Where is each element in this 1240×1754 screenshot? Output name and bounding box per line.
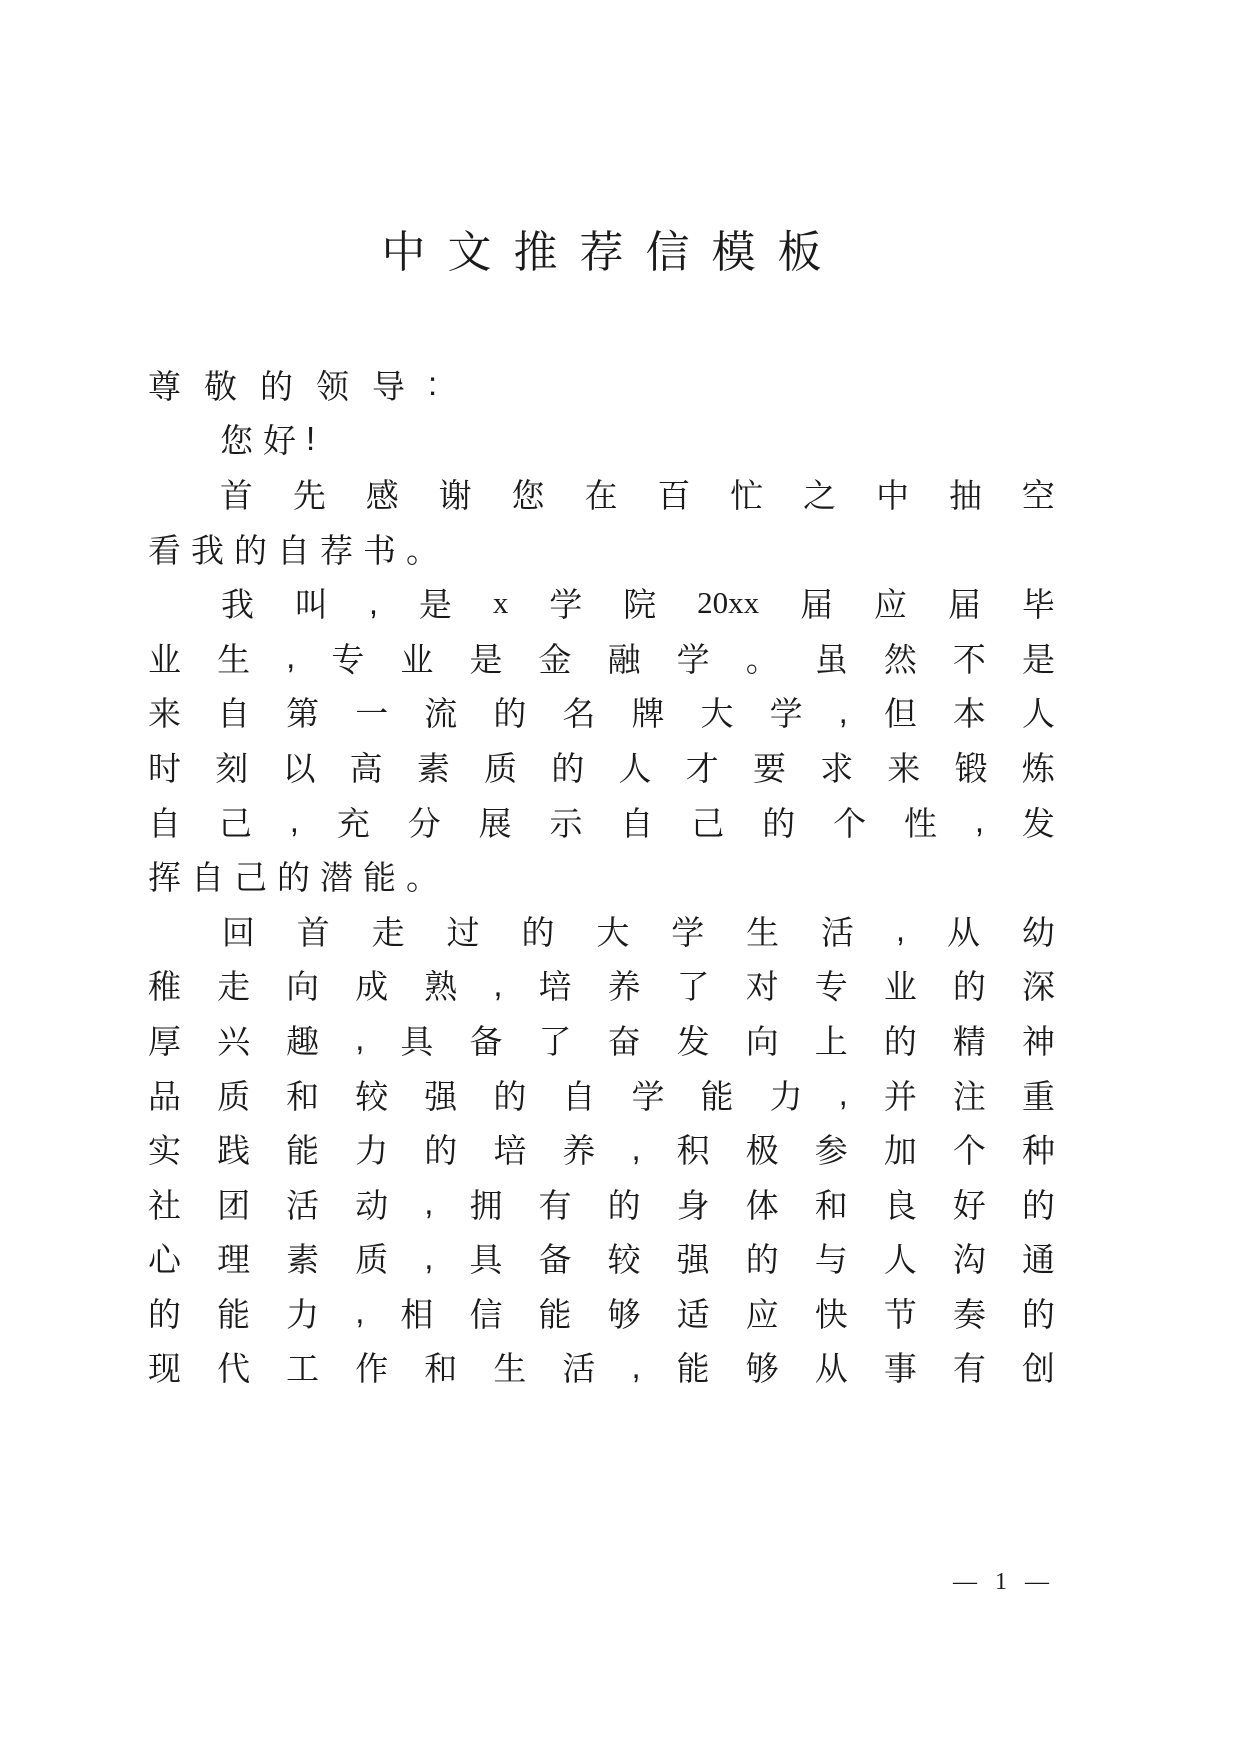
title-char: 荐 — [580, 225, 624, 281]
letter-line: 您好! — [220, 412, 1055, 467]
document-page: 中文推荐信模板 尊敬的领导:您好!首先感谢您在百忙之中抽空看我的自荐书。我叫,是… — [0, 0, 1240, 1754]
letter-body: 尊敬的领导:您好!首先感谢您在百忙之中抽空看我的自荐书。我叫,是x学院20xx届… — [148, 357, 1055, 1394]
letter-line: 现代工作和生活,能够从事有创 — [148, 1340, 1055, 1395]
title-char: 文 — [448, 225, 492, 281]
letter-line: 尊敬的领导: — [148, 357, 1055, 412]
letter-line: 品质和较强的自学能力,并注重 — [148, 1067, 1055, 1122]
title-char: 中 — [382, 225, 426, 281]
letter-line: 自己,充分展示自己的个性,发 — [148, 794, 1055, 849]
page-number: — 1 — — [953, 1569, 1055, 1596]
letter-line: 时刻以高素质的人才要求来锻炼 — [148, 739, 1055, 794]
letter-line: 社团活动,拥有的身体和良好的 — [148, 1176, 1055, 1231]
letter-line: 业生,专业是金融学。虽然不是 — [148, 630, 1055, 685]
letter-line: 稚走向成熟,培养了对专业的深 — [148, 958, 1055, 1013]
letter-line: 回首走过的大学生活,从幼 — [148, 903, 1055, 958]
letter-line: 实践能力的培养,积极参加个种 — [148, 1121, 1055, 1176]
page-title: 中文推荐信模板 — [148, 225, 1055, 281]
title-char: 推 — [514, 225, 558, 281]
letter-line: 的能力,相信能够适应快节奏的 — [148, 1285, 1055, 1340]
letter-line: 来自第一流的名牌大学,但本人 — [148, 685, 1055, 740]
title-char: 模 — [712, 225, 756, 281]
letter-line: 看我的自荐书。 — [148, 521, 1055, 576]
letter-line: 我叫,是x学院20xx届应届毕 — [148, 575, 1055, 630]
letter-line: 首先感谢您在百忙之中抽空 — [148, 466, 1055, 521]
title-char: 板 — [778, 225, 822, 281]
letter-line: 厚兴趣,具备了奋发向上的精神 — [148, 1012, 1055, 1067]
letter-line: 心理素质,具备较强的与人沟通 — [148, 1231, 1055, 1286]
letter-line: 挥自己的潜能。 — [148, 848, 1055, 903]
title-char: 信 — [646, 225, 690, 281]
